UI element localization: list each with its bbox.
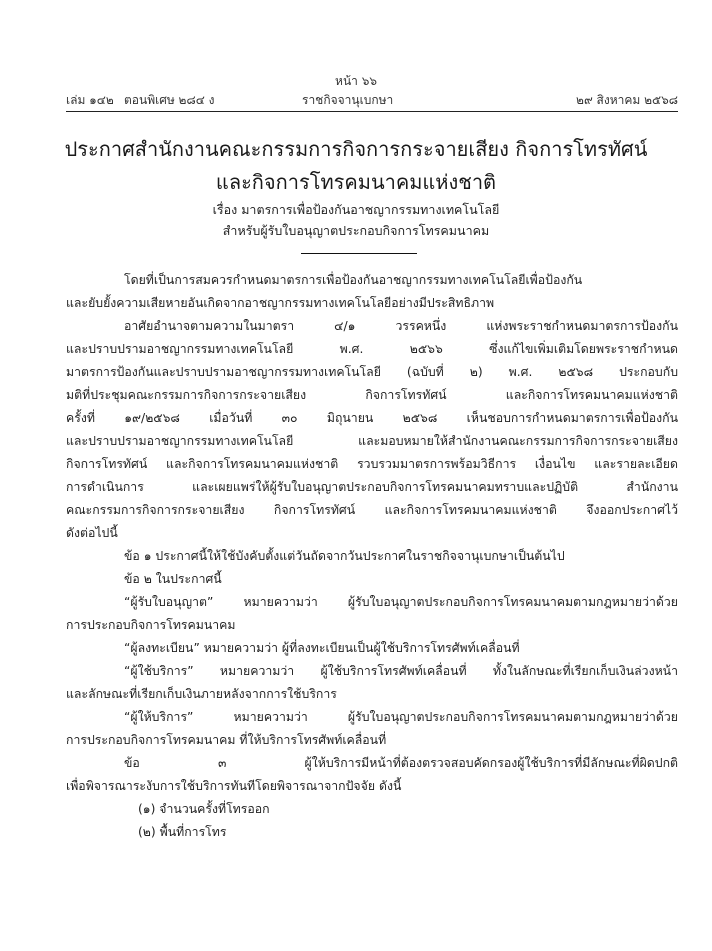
body-line: มาตรการป้องกันและปราบปรามอาชญากรรมทางเทค… <box>66 361 678 383</box>
body-line: การประกอบกิจการโทรคมนาคม ที่ให้บริการโทร… <box>66 729 678 751</box>
definition-registrant: “ผู้ลงทะเบียน” หมายความว่า ผู้ที่ลงทะเบี… <box>66 637 678 659</box>
announcement-title-line-1: ประกาศสำนักงานคณะกรรมการกิจการกระจายเสีย… <box>0 133 712 165</box>
definition-service-user: “ผู้ใช้บริการ” หมายความว่า ผู้ใช้บริการโ… <box>66 660 678 682</box>
subject-line-2: สำหรับผู้รับใบอนุญาตประกอบกิจการโทรคมนาค… <box>0 221 712 241</box>
clause-1: ข้อ ๑ ประกาศนี้ให้ใช้บังคับตั้งแต่วันถัด… <box>66 545 678 567</box>
body-line: และลักษณะที่เรียกเก็บเงินภายหลังจากการใช… <box>66 683 678 705</box>
body-line: และยับยั้งความเสียหายอันเกิดจากอาชญากรรม… <box>66 292 678 314</box>
body-line: โดยที่เป็นการสมควรกำหนดมาตรการเพื่อป้องก… <box>66 269 678 291</box>
body-line: เพื่อพิจารณาระงับการใช้บริการทันทีโดยพิจ… <box>66 775 678 797</box>
clause-2: ข้อ ๒ ในประกาศนี้ <box>66 568 678 590</box>
definition-service-provider: “ผู้ให้บริการ” หมายความว่า ผู้รับใบอนุญา… <box>66 706 678 728</box>
factor-item-1: (๑) จำนวนครั้งที่โทรออก <box>66 798 678 820</box>
gazette-page: หน้า ๖๖ เล่ม ๑๔๒ ตอนพิเศษ ๒๘๔ ง ราชกิจจา… <box>0 0 712 951</box>
body-line: ครั้งที่ ๑๙/๒๕๖๘ เมื่อวันที่ ๓๐ มิถุนายน… <box>66 407 678 429</box>
subject-line-1: เรื่อง มาตรการเพื่อป้องกันอาชญากรรมทางเท… <box>0 200 712 220</box>
issue-label: ตอนพิเศษ ๒๘๔ ง <box>124 91 214 110</box>
body-line: ดังต่อไปนี้ <box>66 522 678 544</box>
body-line: และปราบปรามอาชญากรรมทางเทคโนโลยี พ.ศ. ๒๕… <box>66 338 678 360</box>
body-line: อาศัยอำนาจตามความในมาตรา ๔/๑ วรรคหนึ่ง แ… <box>66 315 678 337</box>
clause-3: ข้อ ๓ ผู้ให้บริการมีหน้าที่ต้องตรวจสอบคั… <box>66 752 678 774</box>
gazette-name: ราชกิจจานุเบกษา <box>302 91 393 110</box>
body-line: การดำเนินการ และเผยแพร่ให้ผู้รับใบอนุญาต… <box>66 476 678 498</box>
volume-label: เล่ม ๑๔๒ <box>66 91 114 110</box>
body-line: มติที่ประชุมคณะกรรมการกิจการกระจายเสียง … <box>66 384 678 406</box>
publication-date: ๒๙ สิงหาคม ๒๕๖๘ <box>576 91 678 110</box>
body-line: กิจการโทรทัศน์ และกิจการโทรคมนาคมแห่งชาต… <box>66 453 678 475</box>
body-line: และปราบปรามอาชญากรรมทางเทคโนโลยี และมอบห… <box>66 430 678 452</box>
title-divider <box>301 253 417 254</box>
body-line: การประกอบกิจการโทรคมนาคม <box>66 614 678 636</box>
body-line: คณะกรรมการกิจการกระจายเสียง กิจการโทรทัศ… <box>66 499 678 521</box>
announcement-title-line-2: และกิจการโทรคมนาคมแห่งชาติ <box>0 166 712 198</box>
running-head: เล่ม ๑๔๒ ตอนพิเศษ ๒๘๔ ง ราชกิจจานุเบกษา … <box>66 91 678 112</box>
page-number: หน้า ๖๖ <box>0 72 712 91</box>
definition-licensee: “ผู้รับใบอนุญาต” หมายความว่า ผู้รับใบอนุ… <box>66 591 678 613</box>
factor-item-2: (๒) พื้นที่การโทร <box>66 821 678 843</box>
